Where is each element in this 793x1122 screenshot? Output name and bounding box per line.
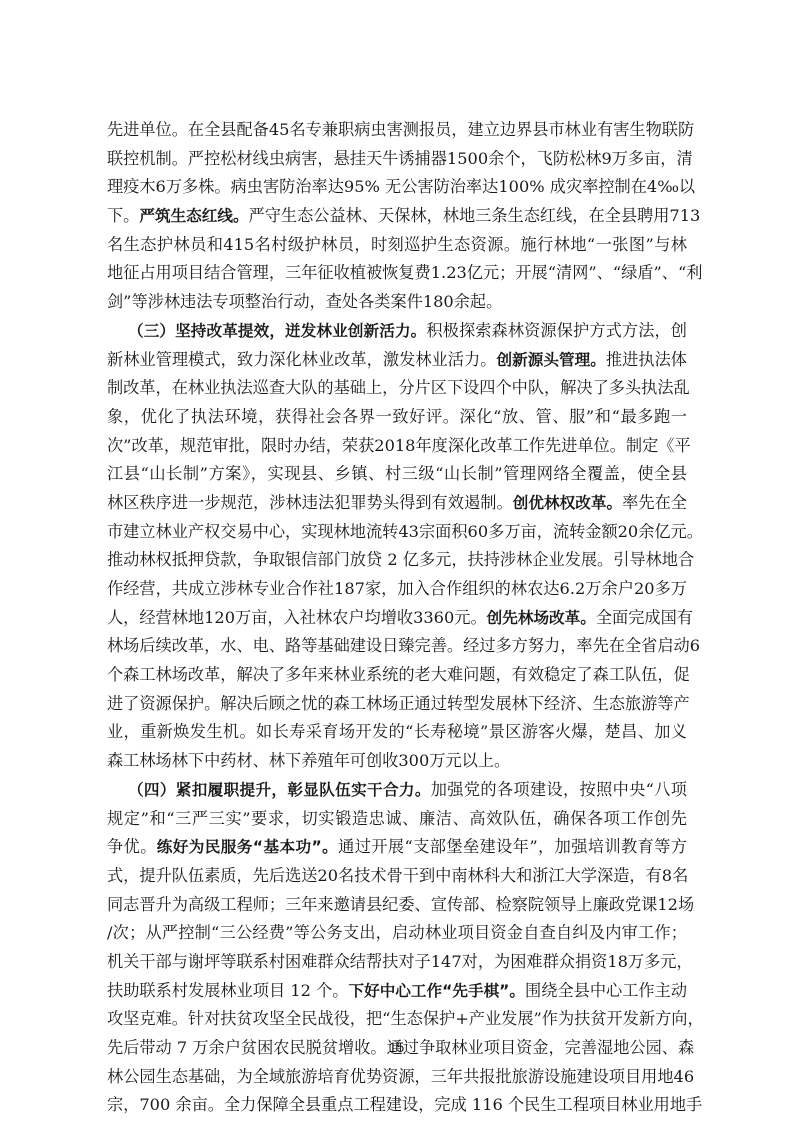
body-text: 进了资源保护。解决后顾之忧的森工林场正通过转型发展林下经济、生态旅游等产 (107, 694, 690, 713)
bold-heading-text: 练好为民服务“基本功”。 (157, 838, 338, 856)
text-line: 制改革，在林业执法巡查大队的基础上，分片区下设四个中队，解决了多头执法乱 (107, 374, 687, 403)
body-text: 林公园生态基础，为全域旅游培育优势资源，三年共报批旅游设施建设项目用地46 (107, 1067, 694, 1086)
body-text: 作经营，共成立涉林专业合作社187家，加入合作组织的林农达6.2万余户20多万 (107, 579, 687, 598)
paragraph-continued: 先进单位。在全县配备45名专兼职病虫害测报员，建立边界县市林业有害生物联防联控机… (107, 116, 687, 317)
document-page: 先进单位。在全县配备45名专兼职病虫害测报员，建立边界县市林业有害生物联防联控机… (0, 0, 793, 1122)
body-text: 加强党的各项建设，按照中央“八项 (431, 780, 687, 799)
body-text: 宗，700 余亩。全力保障全县重点工程建设，完成 116 个民生工程项目林业用地… (107, 1095, 702, 1114)
text-line: 江县“山长制”方案》，实现县、乡镇、村三级“山长制”管理网络全覆盖，使全县 (107, 460, 687, 489)
body-text: 严守生态公益林、天保林，林地三条生态红线，在全县聘用713 (249, 206, 701, 225)
body-text: 名生态护林员和415名村级护林员，时刻巡护生态资源。施行林地“一张图”与林 (107, 235, 687, 254)
text-line: 新林业管理模式，致力深化林业改革，激发林业活力。创新源头管理。推进执法体 (107, 346, 687, 375)
text-line: 象，优化了执法环境，获得社会各界一致好评。深化“放、管、服”和“最多跑一 (107, 403, 687, 432)
body-text: 同志晋升为高级工程师；三年来邀请县纪委、宣传部、检察院领导上廉政党课12场 (107, 895, 694, 914)
text-line: （四）紧扣履职提升，彰显队伍实干合力。加强党的各项建设，按照中央“八项 (107, 776, 687, 805)
text-line: 个森工林场改革，解决了多年来林业系统的老大难问题，有效稳定了森工队伍，促 (107, 661, 687, 690)
paragraph-section-4: （四）紧扣履职提升，彰显队伍实干合力。加强党的各项建设，按照中央“八项规定”和“… (107, 776, 687, 1120)
text-line: （三）坚持改革提效，迸发林业创新活力。积极探索森林资源保护方式方法，创 (107, 317, 687, 346)
body-text: /次；从严控制“三公经费”等公务支出，启动林业项目资金自查自纠及内审工作； (107, 923, 687, 942)
body-text: 先进单位。在全县配备45名专兼职病虫害测报员，建立边界县市林业有害生物联防 (107, 120, 694, 139)
body-text: 新林业管理模式，致力深化林业改革，激发林业活力。 (107, 350, 496, 369)
body-text: 推动林权抵押贷款，争取银信部门放贷 2 亿多元，扶持涉林企业发展。引导林地合 (107, 550, 694, 569)
body-text: 围绕全县中心工作主动 (525, 981, 687, 1000)
body-text: 规定”和“三严三实”要求，切实锻造忠诚、廉洁、高效队伍，确保各项工作创先 (107, 809, 687, 828)
body-text: 率先在全 (622, 493, 687, 512)
body-text: 下。 (107, 206, 139, 225)
text-line: 宗，700 余亩。全力保障全县重点工程建设，完成 116 个民生工程项目林业用地… (107, 1091, 687, 1120)
text-line: 进了资源保护。解决后顾之忧的森工林场正通过转型发展林下经济、生态旅游等产 (107, 690, 687, 719)
bold-heading-text: 下好中心工作“先手棋”。 (348, 982, 525, 1000)
body-text: 象，优化了执法环境，获得社会各界一致好评。深化“放、管、服”和“最多跑一 (107, 407, 687, 426)
body-text: 人，经营林地120万亩，入社林农户均增收3360元。 (107, 608, 487, 627)
bold-heading-text: （四）紧扣履职提升，彰显队伍实干合力。 (128, 781, 431, 799)
body-text: 江县“山长制”方案》，实现县、乡镇、村三级“山长制”管理网络全覆盖，使全县 (107, 464, 687, 483)
text-line: 联控机制。严控松材线虫病害，悬挂天牛诱捕器1500余个，飞防松林9万多亩，清 (107, 145, 687, 174)
text-line: 人，经营林地120万亩，入社林农户均增收3360元。创先林场改革。全面完成国有 (107, 604, 687, 633)
text-line: 推动林权抵押贷款，争取银信部门放贷 2 亿多元，扶持涉林企业发展。引导林地合 (107, 546, 687, 575)
body-text: 积极探索森林资源保护方式方法，创 (426, 321, 687, 340)
body-text: 市建立林业产权交易中心，实现林地流转43宗面积60多万亩，流转金额20余亿元。 (107, 522, 703, 541)
text-line: 同志晋升为高级工程师；三年来邀请县纪委、宣传部、检察院领导上廉政党课12场 (107, 891, 687, 920)
text-line: 先进单位。在全县配备45名专兼职病虫害测报员，建立边界县市林业有害生物联防 (107, 116, 687, 145)
text-line: 林区秩序进一步规范，涉林违法犯罪势头得到有效遏制。创优林权改革。率先在全 (107, 489, 687, 518)
text-line: 次”改革，规范审批，限时办结，荣获2018年度深化改革工作先进单位。制定《平 (107, 432, 687, 461)
page-number: 15 (0, 1037, 793, 1057)
text-line: 林场后续改革，水、电、路等基础建设日臻完善。经过多方努力，率先在全省启动6 (107, 632, 687, 661)
bold-heading-text: （三）坚持改革提效，迸发林业创新活力。 (128, 322, 426, 340)
body-text: 式，提升队伍素质，先后选送20名技术骨干到中南林科大和浙江大学深造，有8名 (107, 866, 688, 885)
text-line: 式，提升队伍素质，先后选送20名技术骨干到中南林科大和浙江大学深造，有8名 (107, 862, 687, 891)
text-line: 机关干部与谢坪等联系村困难群众结帮扶对子147对，为困难群众捐资18万多元， (107, 948, 687, 977)
body-text: 林区秩序进一步规范，涉林违法犯罪势头得到有效遏制。 (107, 493, 513, 512)
body-text: 业，重新焕发生机。如长寿采育场开发的“长寿秘境”景区游客火爆，楚昌、加义 (107, 722, 687, 741)
body-text: 联控机制。严控松材线虫病害，悬挂天牛诱捕器1500余个，飞防松林9万多亩，清 (107, 149, 693, 168)
text-line: 下。严筑生态红线。严守生态公益林、天保林，林地三条生态红线，在全县聘用713 (107, 202, 687, 231)
bold-heading-text: 创新源头管理。 (496, 351, 605, 369)
body-text: 个森工林场改革，解决了多年来林业系统的老大难问题，有效稳定了森工队伍，促 (107, 665, 690, 684)
text-line: 名生态护林员和415名村级护林员，时刻巡护生态资源。施行林地“一张图”与林 (107, 231, 687, 260)
body-text: 争优。 (107, 837, 157, 856)
body-text: 攻坚克难。针对扶贫攻坚全民战役，把“生态保护+产业发展”作为扶贫开发新方向， (107, 1009, 704, 1028)
text-line: /次；从严控制“三公经费”等公务支出，启动林业项目资金自查自纠及内审工作； (107, 919, 687, 948)
bold-heading-text: 严筑生态红线。 (139, 207, 248, 225)
bold-heading-text: 创优林权改革。 (513, 494, 622, 512)
body-text: 森工林场林下中药材、林下养殖年可创收300万元以上。 (107, 751, 510, 770)
body-text: 机关干部与谢坪等联系村困难群众结帮扶对子147对，为困难群众捐资18万多元， (107, 952, 693, 971)
body-text: 理疫木6万多株。病虫害防治率达95% 无公害防治率达100% 成灾率控制在4‰以 (107, 177, 695, 196)
body-text: 通过开展“支部堡垒建设年”，加强培训教育等方 (338, 837, 687, 856)
text-line: 规定”和“三严三实”要求，切实锻造忠诚、廉洁、高效队伍，确保各项工作创先 (107, 805, 687, 834)
text-line: 攻坚克难。针对扶贫攻坚全民战役，把“生态保护+产业发展”作为扶贫开发新方向， (107, 1005, 687, 1034)
text-line: 业，重新焕发生机。如长寿采育场开发的“长寿秘境”景区游客火爆，楚昌、加义 (107, 718, 687, 747)
text-line: 林公园生态基础，为全域旅游培育优势资源，三年共报批旅游设施建设项目用地46 (107, 1063, 687, 1092)
text-line: 扶助联系村发展林业项目 12 个。下好中心工作“先手棋”。围绕全县中心工作主动 (107, 977, 687, 1006)
body-text: 制改革，在林业执法巡查大队的基础上，分片区下设四个中队，解决了多头执法乱 (107, 378, 690, 397)
body-text: 扶助联系村发展林业项目 12 个。 (107, 981, 348, 1000)
paragraph-section-3: （三）坚持改革提效，迸发林业创新活力。积极探索森林资源保护方式方法，创新林业管理… (107, 317, 687, 776)
body-text: 次”改革，规范审批，限时办结，荣获2018年度深化改革工作先进单位。制定《平 (107, 436, 691, 455)
document-body: 先进单位。在全县配备45名专兼职病虫害测报员，建立边界县市林业有害生物联防联控机… (107, 116, 687, 1120)
bold-heading-text: 创先林场改革。 (487, 609, 596, 627)
body-text: 全面完成国有 (596, 608, 693, 627)
body-text: 推进执法体 (606, 350, 687, 369)
body-text: 地征占用项目结合管理，三年征收植被恢复费1.23亿元；开展“清网”、“绿盾”、“… (107, 263, 702, 282)
text-line: 争优。练好为民服务“基本功”。通过开展“支部堡垒建设年”，加强培训教育等方 (107, 833, 687, 862)
text-line: 市建立林业产权交易中心，实现林地流转43宗面积60多万亩，流转金额20余亿元。 (107, 518, 687, 547)
body-text: 林场后续改革，水、电、路等基础建设日臻完善。经过多方努力，率先在全省启动6 (107, 636, 700, 655)
text-line: 剑”等涉林违法专项整治行动，查处各类案件180余起。 (107, 288, 687, 317)
text-line: 作经营，共成立涉林专业合作社187家，加入合作组织的林农达6.2万余户20多万 (107, 575, 687, 604)
text-line: 森工林场林下中药材、林下养殖年可创收300万元以上。 (107, 747, 687, 776)
text-line: 地征占用项目结合管理，三年征收植被恢复费1.23亿元；开展“清网”、“绿盾”、“… (107, 259, 687, 288)
body-text: 剑”等涉林违法专项整治行动，查处各类案件180余起。 (107, 292, 502, 311)
text-line: 理疫木6万多株。病虫害防治率达95% 无公害防治率达100% 成灾率控制在4‰以 (107, 173, 687, 202)
